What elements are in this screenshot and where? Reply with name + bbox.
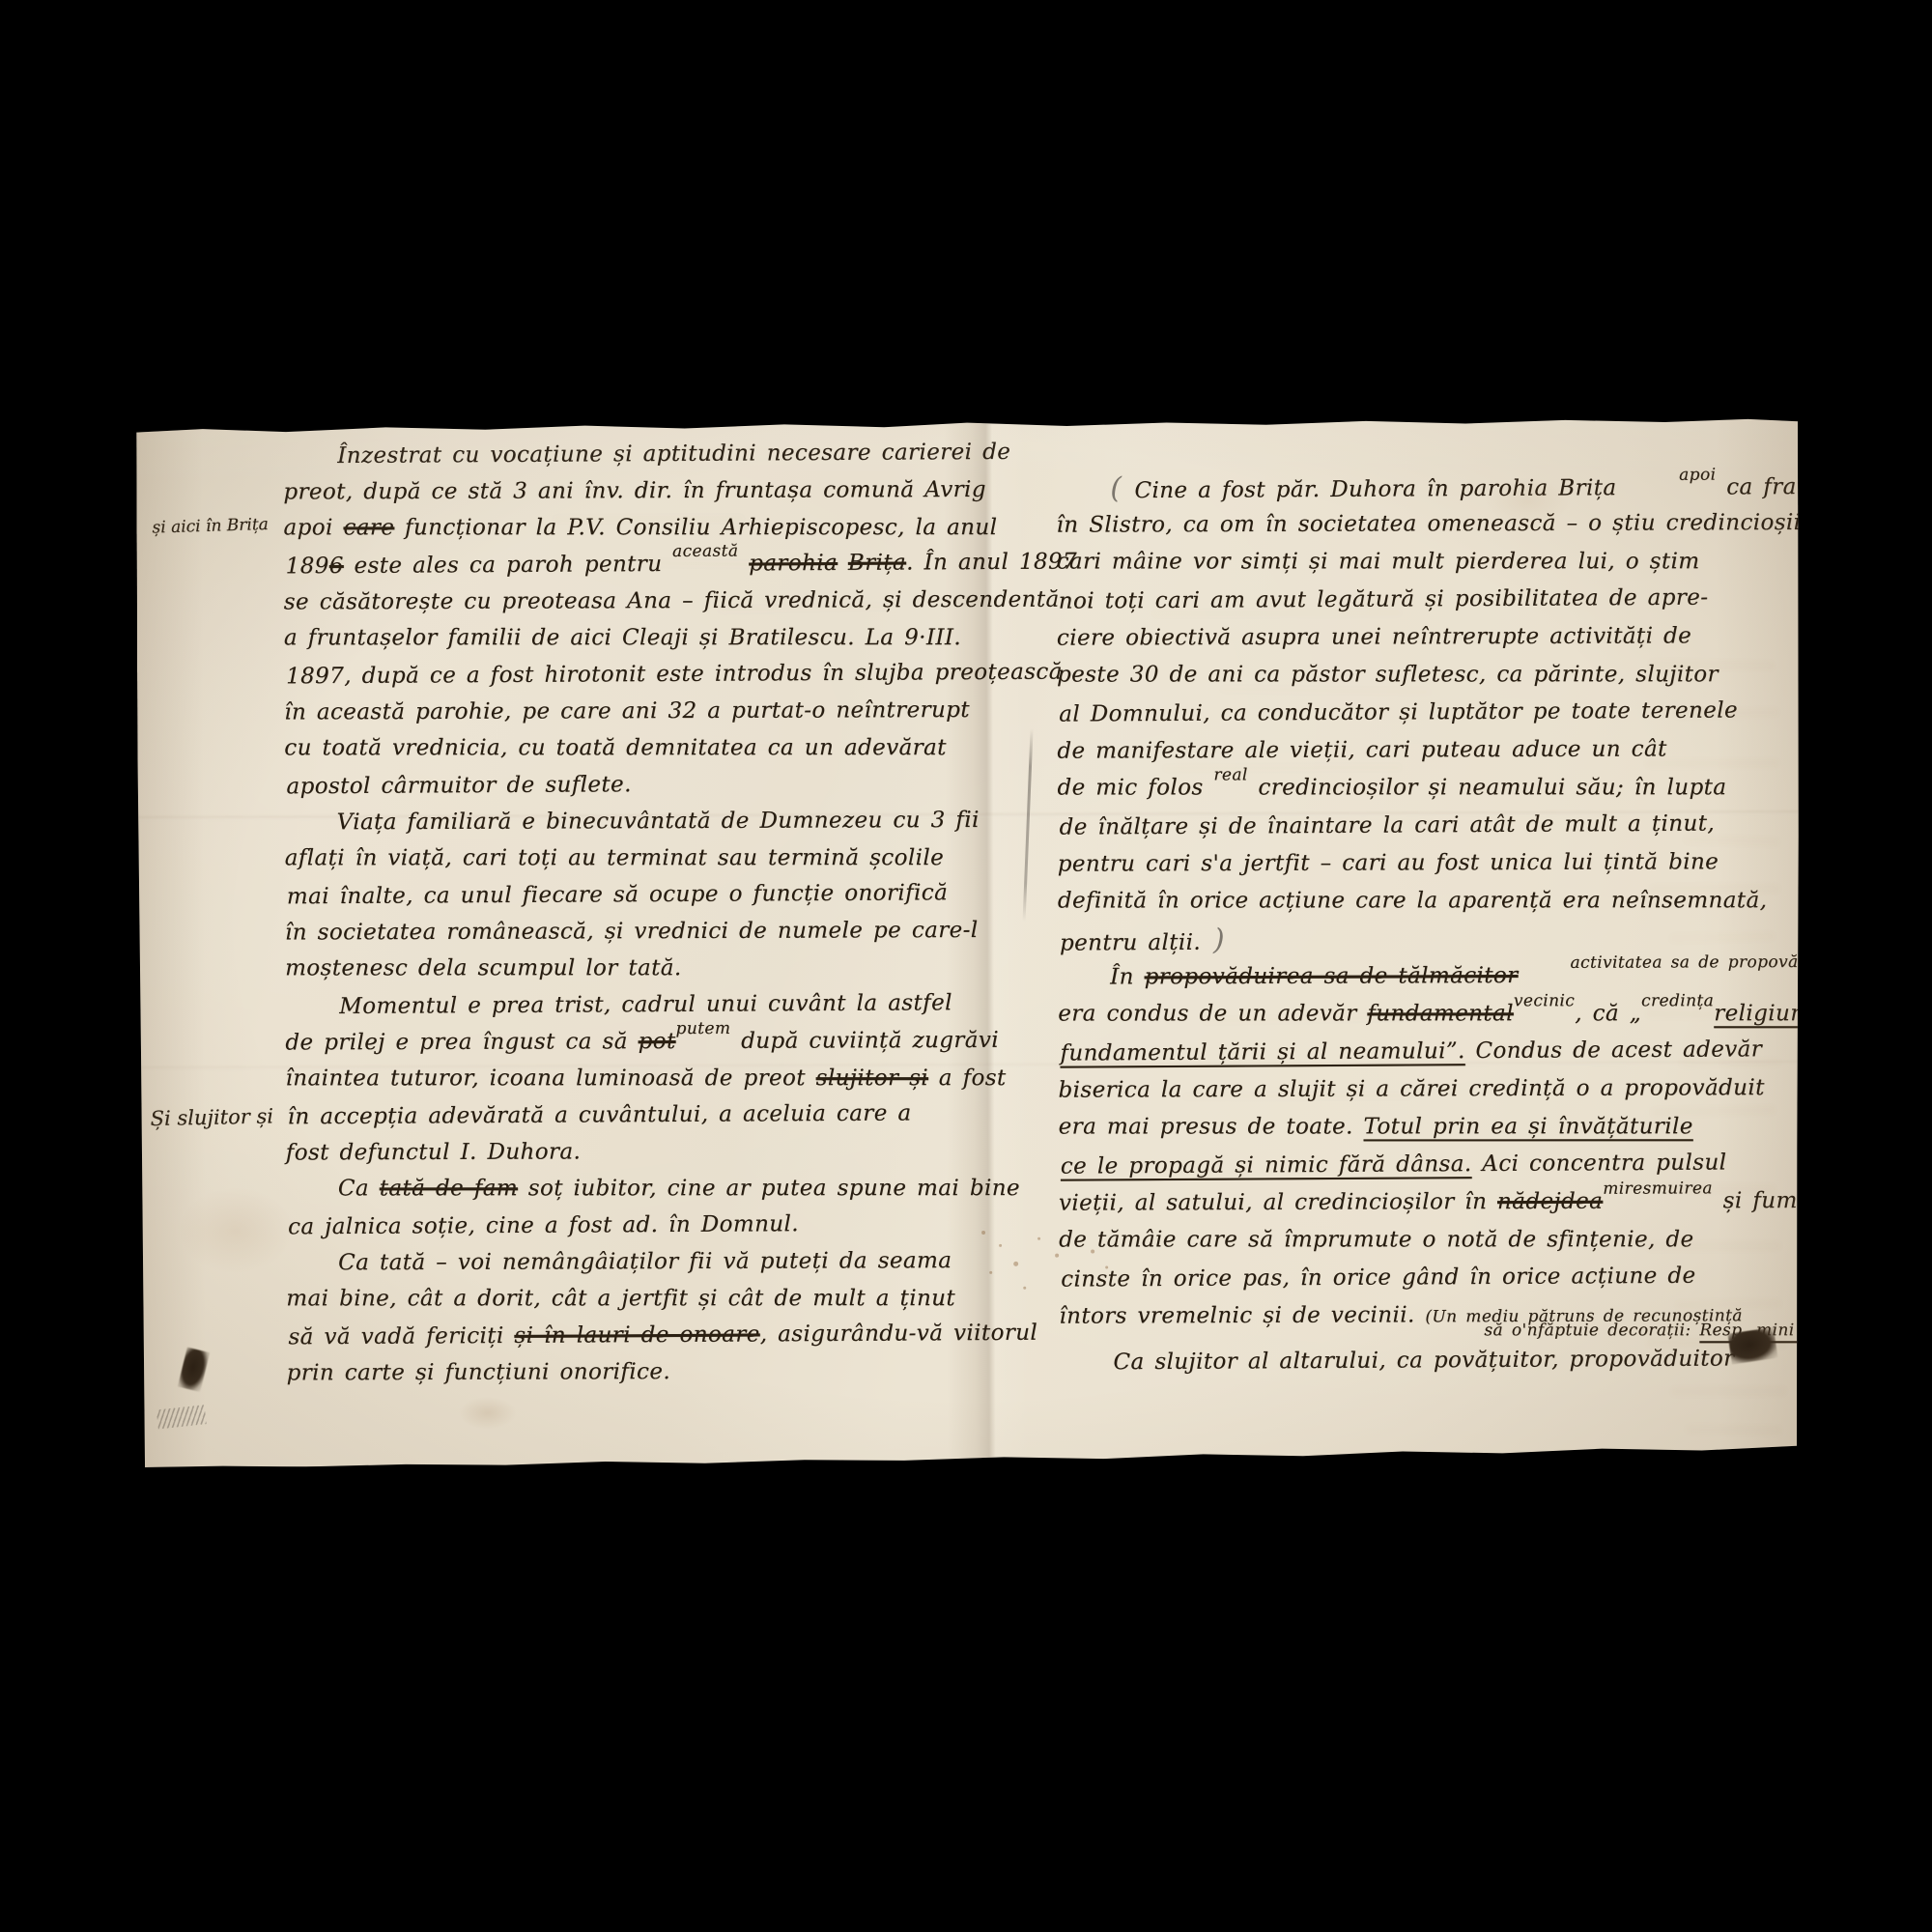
manuscript-line: vieții, al satului, al credincioșilor în…: [1059, 1182, 1803, 1223]
struck-text: 6: [329, 554, 344, 579]
manuscript-line: mai înalte, ca unul fiecare să ocupe o f…: [287, 874, 973, 915]
stain-freckle: [999, 1244, 1002, 1247]
handwritten-text: se căsătorește cu preoteasa Ana – fiică …: [284, 587, 1060, 615]
stain-freckle: [1068, 1275, 1071, 1278]
handwritten-text: ca frate: [1716, 474, 1819, 500]
handwritten-text: pentru cari s'a jertfit – cari au fost u…: [1058, 849, 1719, 876]
handwritten-text: de prilej e prea îngust ca să: [285, 1029, 638, 1055]
pencil-mark: ): [1201, 923, 1225, 957]
handwritten-text: de tămâie care să împrumute o notă de sf…: [1059, 1227, 1693, 1252]
handwritten-text: de manifestare ale vieții, cari puteau a…: [1057, 736, 1666, 763]
handwritten-text: prin carte și funcțiuni onorifice.: [287, 1359, 671, 1385]
small-text: ): [1893, 1321, 1900, 1340]
handwritten-text: în această parohie, pe care ani 32 a pur…: [284, 697, 970, 724]
manuscript-line: se căsătorește cu preoteasa Ana – fiică …: [284, 582, 970, 620]
manuscript-sheet: Înzestrat cu vocațiune și aptitudini nec…: [136, 418, 1802, 1467]
handwritten-text: fost defunctul I. Duhora.: [286, 1139, 582, 1165]
photo-background: { "scene": { "background_color": "#00000…: [0, 0, 1932, 1932]
handwritten-text: preot, după ce stă 3 ani înv. dir. în fr…: [283, 477, 986, 505]
stain-freckle: [989, 1271, 992, 1274]
handwritten-text: credincioșilor și neamului său; în lupta: [1248, 775, 1727, 800]
handwritten-text: noi toți cari am avut legătură și posibi…: [1059, 585, 1709, 614]
handwritten-text: Momentul e prea trist, cadrul unui cuvân…: [339, 990, 952, 1019]
manuscript-line: a fruntașelor familii de aici Cleaji și …: [284, 619, 970, 656]
handwritten-text: biserica la care a slujit și a cărei cre…: [1058, 1075, 1764, 1103]
struck-text: care: [343, 515, 394, 540]
manuscript-line: moștenesc dela scumpul lor tată.: [285, 950, 971, 986]
manuscript-line: noi toți cari am avut legătură și posibi…: [1059, 579, 1803, 621]
handwritten-text: Aci concentra pulsul: [1471, 1151, 1726, 1178]
handwritten-text: soț iubitor, cine ar putea spune mai bin…: [518, 1176, 1020, 1201]
manuscript-line: ( Cine a fost păr. Duhora în parohia Bri…: [1058, 466, 1802, 508]
struck-text: pot: [639, 1029, 676, 1054]
handwritten-text: după cuviință zugrăvi: [730, 1028, 999, 1054]
underlined-text: Totul prin ea și învățăturile: [1363, 1114, 1692, 1139]
manuscript-line: biserica la care a slujit și a cărei cre…: [1058, 1069, 1802, 1110]
handwritten-text: peste 30 de ani ca păstor sufletesc, ca …: [1057, 662, 1719, 687]
manuscript-line: să o'nfăptuie decorații: Resp. mini pe N…: [1059, 1321, 1803, 1342]
handwritten-text: Ca: [338, 1176, 380, 1201]
handwritten-text: [738, 551, 749, 576]
struck-text: slujitor și: [816, 1065, 928, 1091]
paper-stain: [459, 1397, 517, 1430]
manuscript-line: apostol cârmuitor de suflete.: [286, 764, 972, 805]
struck-text: parohia: [749, 551, 838, 577]
manuscript-line: cari mâine vor simți și mai mult pierder…: [1057, 543, 1801, 581]
handwritten-text: [1833, 1001, 1843, 1026]
pencil-mark: (: [1110, 471, 1134, 505]
handwritten-text: definită în orice acțiune care la aparen…: [1058, 888, 1767, 913]
handwritten-text: sunt: [1883, 1001, 1932, 1026]
handwritten-text: pentru alții.: [1060, 930, 1201, 956]
handwritten-text: funcționar la P.V. Consiliu Arhiepiscope…: [394, 515, 997, 540]
stain-freckle: [1013, 1262, 1018, 1266]
pencil-scribble: [156, 1405, 207, 1429]
handwritten-text: ca jalnica soție, cine a fost ad. în Dom…: [288, 1211, 799, 1239]
manuscript-line: de înălțare și de înaintare la cari atât…: [1059, 805, 1803, 847]
handwritten-text: era mai presus de toate.: [1059, 1114, 1364, 1139]
struck-text: Brița: [848, 551, 906, 576]
handwritten-text: cu toată vrednicia, cu toată demnitatea …: [284, 735, 947, 760]
manuscript-line: apoi care funcționar la P.V. Consiliu Ar…: [283, 509, 969, 546]
paper-stain: [178, 1186, 294, 1273]
stain-freckle: [981, 1231, 985, 1235]
manuscript-line: Viața familiară e binecuvântată de Dumne…: [284, 802, 970, 840]
manuscript-line: Ca slujitor al altarului, ca povățuitor,…: [1061, 1340, 1804, 1382]
manuscript-line: al Domnului, ca conducător și luptător p…: [1059, 692, 1803, 734]
manuscript-line: aflați în viață, cari toți au terminat s…: [285, 839, 971, 876]
stain-freckle: [1055, 1254, 1059, 1258]
stain-freckle: [1023, 1287, 1026, 1290]
handwritten-text: înaintea tuturor, icoana luminoasă de pr…: [285, 1065, 815, 1091]
manuscript-line: de tămâie care să împrumute o notă de sf…: [1059, 1221, 1803, 1259]
handwritten-text: moștenesc dela scumpul lor tată.: [285, 955, 682, 980]
handwritten-text: 1897, după ce a fost hirotonit este intr…: [286, 660, 1063, 690]
handwritten-text: Ca tată – voi nemângâiaților fii vă pute…: [338, 1248, 952, 1275]
handwritten-text: în accepția adevărată a cuvântului, a ac…: [288, 1100, 912, 1129]
handwritten-text: apostol cârmuitor de suflete.: [286, 772, 631, 799]
handwritten-text: [838, 551, 848, 576]
handwritten-text: al înv. lui Hristos,: [1851, 961, 1932, 987]
manuscript-line: cinste în orice pas, în orice gând în or…: [1061, 1257, 1804, 1299]
right-page-text: ( Cine a fost păr. Duhora în parohia Bri…: [1056, 467, 1803, 1381]
handwritten-text: și fumului: [1713, 1188, 1842, 1213]
handwritten-text: . În anul 1897: [906, 549, 1077, 575]
handwritten-text: Viața familiară e binecuvântată de Dumne…: [337, 808, 980, 835]
manuscript-line: mai bine, cât a dorit, cât a jertfit și …: [286, 1280, 972, 1317]
handwritten-text: apoi: [283, 515, 343, 540]
small-text: să o'nfăptuie decorații:: [1484, 1321, 1699, 1340]
handwritten-text: Condus de acest adevăr: [1465, 1037, 1763, 1064]
manuscript-line: în accepția adevărată a cuvântului, a ac…: [288, 1094, 974, 1135]
handwritten-text: să vă vadă fericiți: [288, 1323, 514, 1350]
struck-text: nădejdea: [1497, 1189, 1603, 1214]
manuscript-line: pentru cari s'a jertfit – cari au fost u…: [1058, 843, 1802, 884]
stain-freckle: [1037, 1237, 1040, 1240]
manuscript-line: în societatea românească, și vrednici de…: [285, 912, 971, 951]
pencil-margin-stroke: [1023, 728, 1034, 922]
struck-text: fundamental: [1367, 1001, 1514, 1026]
manuscript-line: de manifestare ale vieții, cari puteau a…: [1057, 730, 1801, 771]
margin-note: și aici în Brița: [152, 515, 269, 538]
stain-freckle: [1105, 1265, 1108, 1268]
manuscript-line: în Slistro, ca om în societatea omeneasc…: [1056, 504, 1800, 545]
inserted-text: apoi: [1627, 475, 1716, 476]
handwritten-text: al Domnului, ca conducător și luptător p…: [1059, 697, 1738, 726]
handwritten-text: Înzestrat cu vocațiune și aptitudini nec…: [337, 440, 1010, 469]
manuscript-line: era mai presus de toate. Totul prin ea ș…: [1059, 1108, 1803, 1146]
manuscript-line: înaintea tuturor, icoana luminoasă de pr…: [285, 1060, 971, 1096]
manuscript-line: preot, după ce stă 3 ani înv. dir. în fr…: [283, 471, 969, 510]
manuscript-line: fundamentul țării și al neamului”. Condu…: [1060, 1031, 1804, 1073]
margin-note: Și slujitor și: [150, 1104, 273, 1130]
ghost-text-stripe: [1671, 1386, 1787, 1396]
left-page-margin-notes: și aici în BrițaȘi slujitor și: [136, 418, 1798, 424]
handwritten-text: În: [1110, 964, 1145, 989]
manuscript-line: în această parohie, pe care ani 32 a pur…: [284, 692, 970, 730]
inserted-text: activitatea sa de propovăduitor: [1518, 962, 1851, 963]
manuscript-line: peste 30 de ani ca păstor sufletesc, ca …: [1057, 656, 1801, 694]
manuscript-line: ciere obiectivă asupra unei neîntrerupte…: [1057, 617, 1801, 658]
handwritten-text: mai bine, cât a dorit, cât a jertfit și …: [286, 1286, 955, 1311]
stain-freckle: [1091, 1250, 1094, 1254]
ghost-text-stripe: [1686, 1425, 1782, 1435]
manuscript-line: 1896 este ales ca paroh pentru această p…: [286, 544, 972, 584]
manuscript-line: Ca tată – voi nemângâiaților fii vă pute…: [286, 1242, 972, 1281]
struck-text: tată de fam: [380, 1176, 518, 1201]
handwritten-text: a fruntașelor familii de aici Cleaji și …: [284, 625, 961, 650]
handwritten-text: aflați în viață, cari toți au terminat s…: [285, 845, 944, 870]
handwritten-text: Cine a fost păr. Duhora în parohia Brița: [1134, 475, 1627, 503]
ink-smudge: [178, 1348, 210, 1393]
handwritten-text: era condus de un adevăr: [1058, 1001, 1367, 1026]
handwritten-text: 189: [286, 554, 329, 579]
handwritten-text: de mic folos: [1057, 775, 1213, 800]
manuscript-line: prin carte și funcțiuni onorifice.: [286, 1352, 972, 1391]
underlined-text: fundamentul țării și al neamului”.: [1060, 1038, 1464, 1065]
underlined-text: ce le propagă și nimic fără dânsa.: [1061, 1151, 1472, 1179]
handwritten-text: , asigurându-vă viitorul: [760, 1321, 1038, 1348]
handwritten-text: cinste în orice pas, în orice gând în or…: [1061, 1264, 1695, 1293]
handwritten-text: în societatea românească, și vrednici de…: [285, 918, 979, 946]
struck-text: propovăduirea sa de tălmăcitor: [1145, 963, 1519, 989]
handwritten-text: în Slistro, ca om în societatea omeneasc…: [1056, 510, 1801, 538]
manuscript-line: Înzestrat cu vocațiune și aptitudini nec…: [285, 434, 971, 474]
manuscript-line: de prilej e prea îngust ca să potputem d…: [285, 1022, 971, 1061]
handwritten-text: de înălțare și de înaintare la cari atât…: [1060, 811, 1716, 840]
manuscript-line: ca jalnica soție, cine a fost ad. în Dom…: [288, 1205, 974, 1245]
ink-smudge: [1727, 1327, 1777, 1365]
stain-freckles: [136, 418, 1798, 424]
handwritten-text: ciere obiectivă asupra unei neîntrerupte…: [1057, 623, 1691, 650]
manuscript-line: era condus de un adevăr fundamentalvecin…: [1058, 995, 1802, 1033]
handwritten-text: este ales ca paroh pentru: [344, 552, 672, 579]
struck-text: și în lauri de onoare: [514, 1321, 760, 1349]
verso-showthrough: [136, 418, 1798, 424]
left-page-text: Înzestrat cu vocațiune și aptitudini nec…: [283, 435, 972, 1391]
manuscript-line: definită în orice acțiune care la aparen…: [1058, 882, 1802, 920]
handwritten-text: a fost: [928, 1065, 1007, 1091]
manuscript-line: Ca tată de fam soț iubitor, cine ar pute…: [286, 1170, 972, 1207]
manuscript-line: Momentul e prea trist, cadrul unui cuvân…: [287, 984, 973, 1025]
underlined-text: religiunea: [1714, 1001, 1832, 1026]
handwritten-text: vieții, al satului, al credincioșilor în: [1059, 1189, 1497, 1216]
struck-text: sau: [1842, 1001, 1883, 1026]
manuscript-line: fost defunctul I. Duhora.: [286, 1132, 972, 1171]
handwritten-text: mai înalte, ca unul fiecare să ocupe o f…: [287, 880, 948, 909]
handwritten-text: cari mâine vor simți și mai mult pierder…: [1057, 549, 1700, 574]
manuscript-line: 1897, după ce a fost hirotonit este intr…: [286, 654, 972, 695]
handwritten-text: Ca slujitor al altarului, ca povățuitor,…: [1113, 1346, 1734, 1375]
manuscript-line: cu toată vrednicia, cu toată demnitatea …: [284, 729, 970, 766]
manuscript-line: de mic folos real credincioșilor și neam…: [1057, 769, 1801, 807]
handwritten-text: , că „: [1575, 1001, 1641, 1026]
manuscript-line: să vă vadă fericiți și în lauri de onoar…: [288, 1315, 974, 1355]
